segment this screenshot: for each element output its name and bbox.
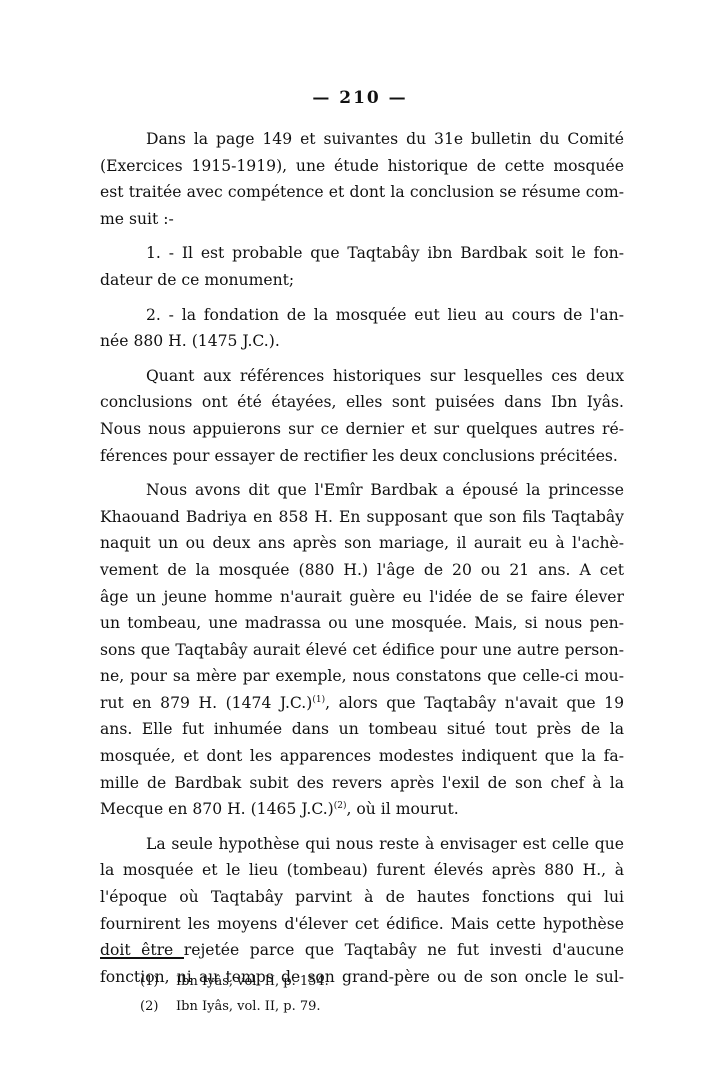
text-line: férences pour essayer de rectifier les d… <box>100 443 624 470</box>
text-line: (Exercices 1915-1919), une étude histori… <box>100 153 624 180</box>
text-line: l'époque où Taqtabây parvint à de hautes… <box>100 884 624 911</box>
text-segment: rut en 879 H. (1474 J.C.) <box>100 694 312 712</box>
footnote-2: (2)Ibn Iyâs, vol. II, p. 79. <box>140 994 329 1019</box>
paragraph-conclusion-2: 2. - la fondation de la mosquée eut lieu… <box>100 302 624 355</box>
text-line: 2. - la fondation de la mosquée eut lieu… <box>100 302 624 329</box>
text-line: fournirent les moyens d'élever cet édifi… <box>100 911 624 938</box>
text-line: la mosquée et le lieu (tombeau) furent é… <box>100 857 624 884</box>
text-line: mille de Bardbak subit des revers après … <box>100 770 624 797</box>
paragraph-hypothesis: La seule hypothèse qui nous reste à envi… <box>100 831 624 991</box>
text-line: ne, pour sa mère par exemple, nous const… <box>100 663 624 690</box>
text-line: Nous nous appuierons sur ce dernier et s… <box>100 416 624 443</box>
page-number: — 210 — <box>0 88 720 108</box>
footnotes: (1)Ibn Iyâs, vol. II, p. 154. (2)Ibn Iyâ… <box>140 969 329 1019</box>
text-line: âge un jeune homme n'aurait guère eu l'i… <box>100 584 624 611</box>
text-line: est traitée avec compétence et dont la c… <box>100 179 624 206</box>
paragraph-conclusion-1: 1. - Il est probable que Taqtabây ibn Ba… <box>100 240 624 293</box>
footnote-ref-2[interactable]: (2) <box>334 801 347 811</box>
paragraph-bardbak: Nous avons dit que l'Emîr Bardbak a épou… <box>100 477 624 823</box>
footnote-number: (1) <box>140 969 176 994</box>
text-line: conclusions ont été étayées, elles sont … <box>100 389 624 416</box>
text-line: doit être rejetée parce que Taqtabây ne … <box>100 937 624 964</box>
text-line: 1. - Il est probable que Taqtabây ibn Ba… <box>100 240 624 267</box>
text-line: Quant aux références historiques sur les… <box>100 363 624 390</box>
text-line: dateur de ce monument; <box>100 267 624 294</box>
text-line: naquit un ou deux ans après son mariage,… <box>100 530 624 557</box>
footnote-text: Ibn Iyâs, vol. II, p. 79. <box>176 999 321 1014</box>
paragraph-1: Dans la page 149 et suivantes du 31e bul… <box>100 126 624 232</box>
text-segment: , où il mourut. <box>347 800 459 818</box>
text-line-with-footnote: Mecque en 870 H. (1465 J.C.)(2), où il m… <box>100 796 624 823</box>
text-line: née 880 H. (1475 J.C.). <box>100 328 624 355</box>
body-text: Dans la page 149 et suivantes du 31e bul… <box>100 126 624 990</box>
text-line: un tombeau, une madrassa ou une mosquée.… <box>100 610 624 637</box>
paragraph-references: Quant aux références historiques sur les… <box>100 363 624 469</box>
footnote-text: Ibn Iyâs, vol. II, p. 154. <box>176 974 329 989</box>
text-line-with-footnote: rut en 879 H. (1474 J.C.)(1), alors que … <box>100 690 624 717</box>
text-line: ans. Elle fut inhumée dans un tombeau si… <box>100 716 624 743</box>
text-line: me suit :- <box>100 206 624 233</box>
text-line: vement de la mosquée (880 H.) l'âge de 2… <box>100 557 624 584</box>
text-line: sons que Taqtabây aurait élevé cet édifi… <box>100 637 624 664</box>
text-line: Dans la page 149 et suivantes du 31e bul… <box>100 126 624 153</box>
footnote-ref-1[interactable]: (1) <box>312 695 325 705</box>
text-line: Khaouand Badriya en 858 H. En supposant … <box>100 504 624 531</box>
text-segment: Mecque en 870 H. (1465 J.C.) <box>100 800 334 818</box>
text-line: Nous avons dit que l'Emîr Bardbak a épou… <box>100 477 624 504</box>
document-page: — 210 — Dans la page 149 et suivantes du… <box>0 0 720 1082</box>
text-segment: , alors que Taqtabây n'avait que 19 <box>325 694 624 712</box>
text-line: La seule hypothèse qui nous reste à envi… <box>100 831 624 858</box>
text-line: mosquée, et dont les apparences modestes… <box>100 743 624 770</box>
footnote-1: (1)Ibn Iyâs, vol. II, p. 154. <box>140 969 329 994</box>
footnote-number: (2) <box>140 994 176 1019</box>
footnote-divider <box>100 957 184 959</box>
